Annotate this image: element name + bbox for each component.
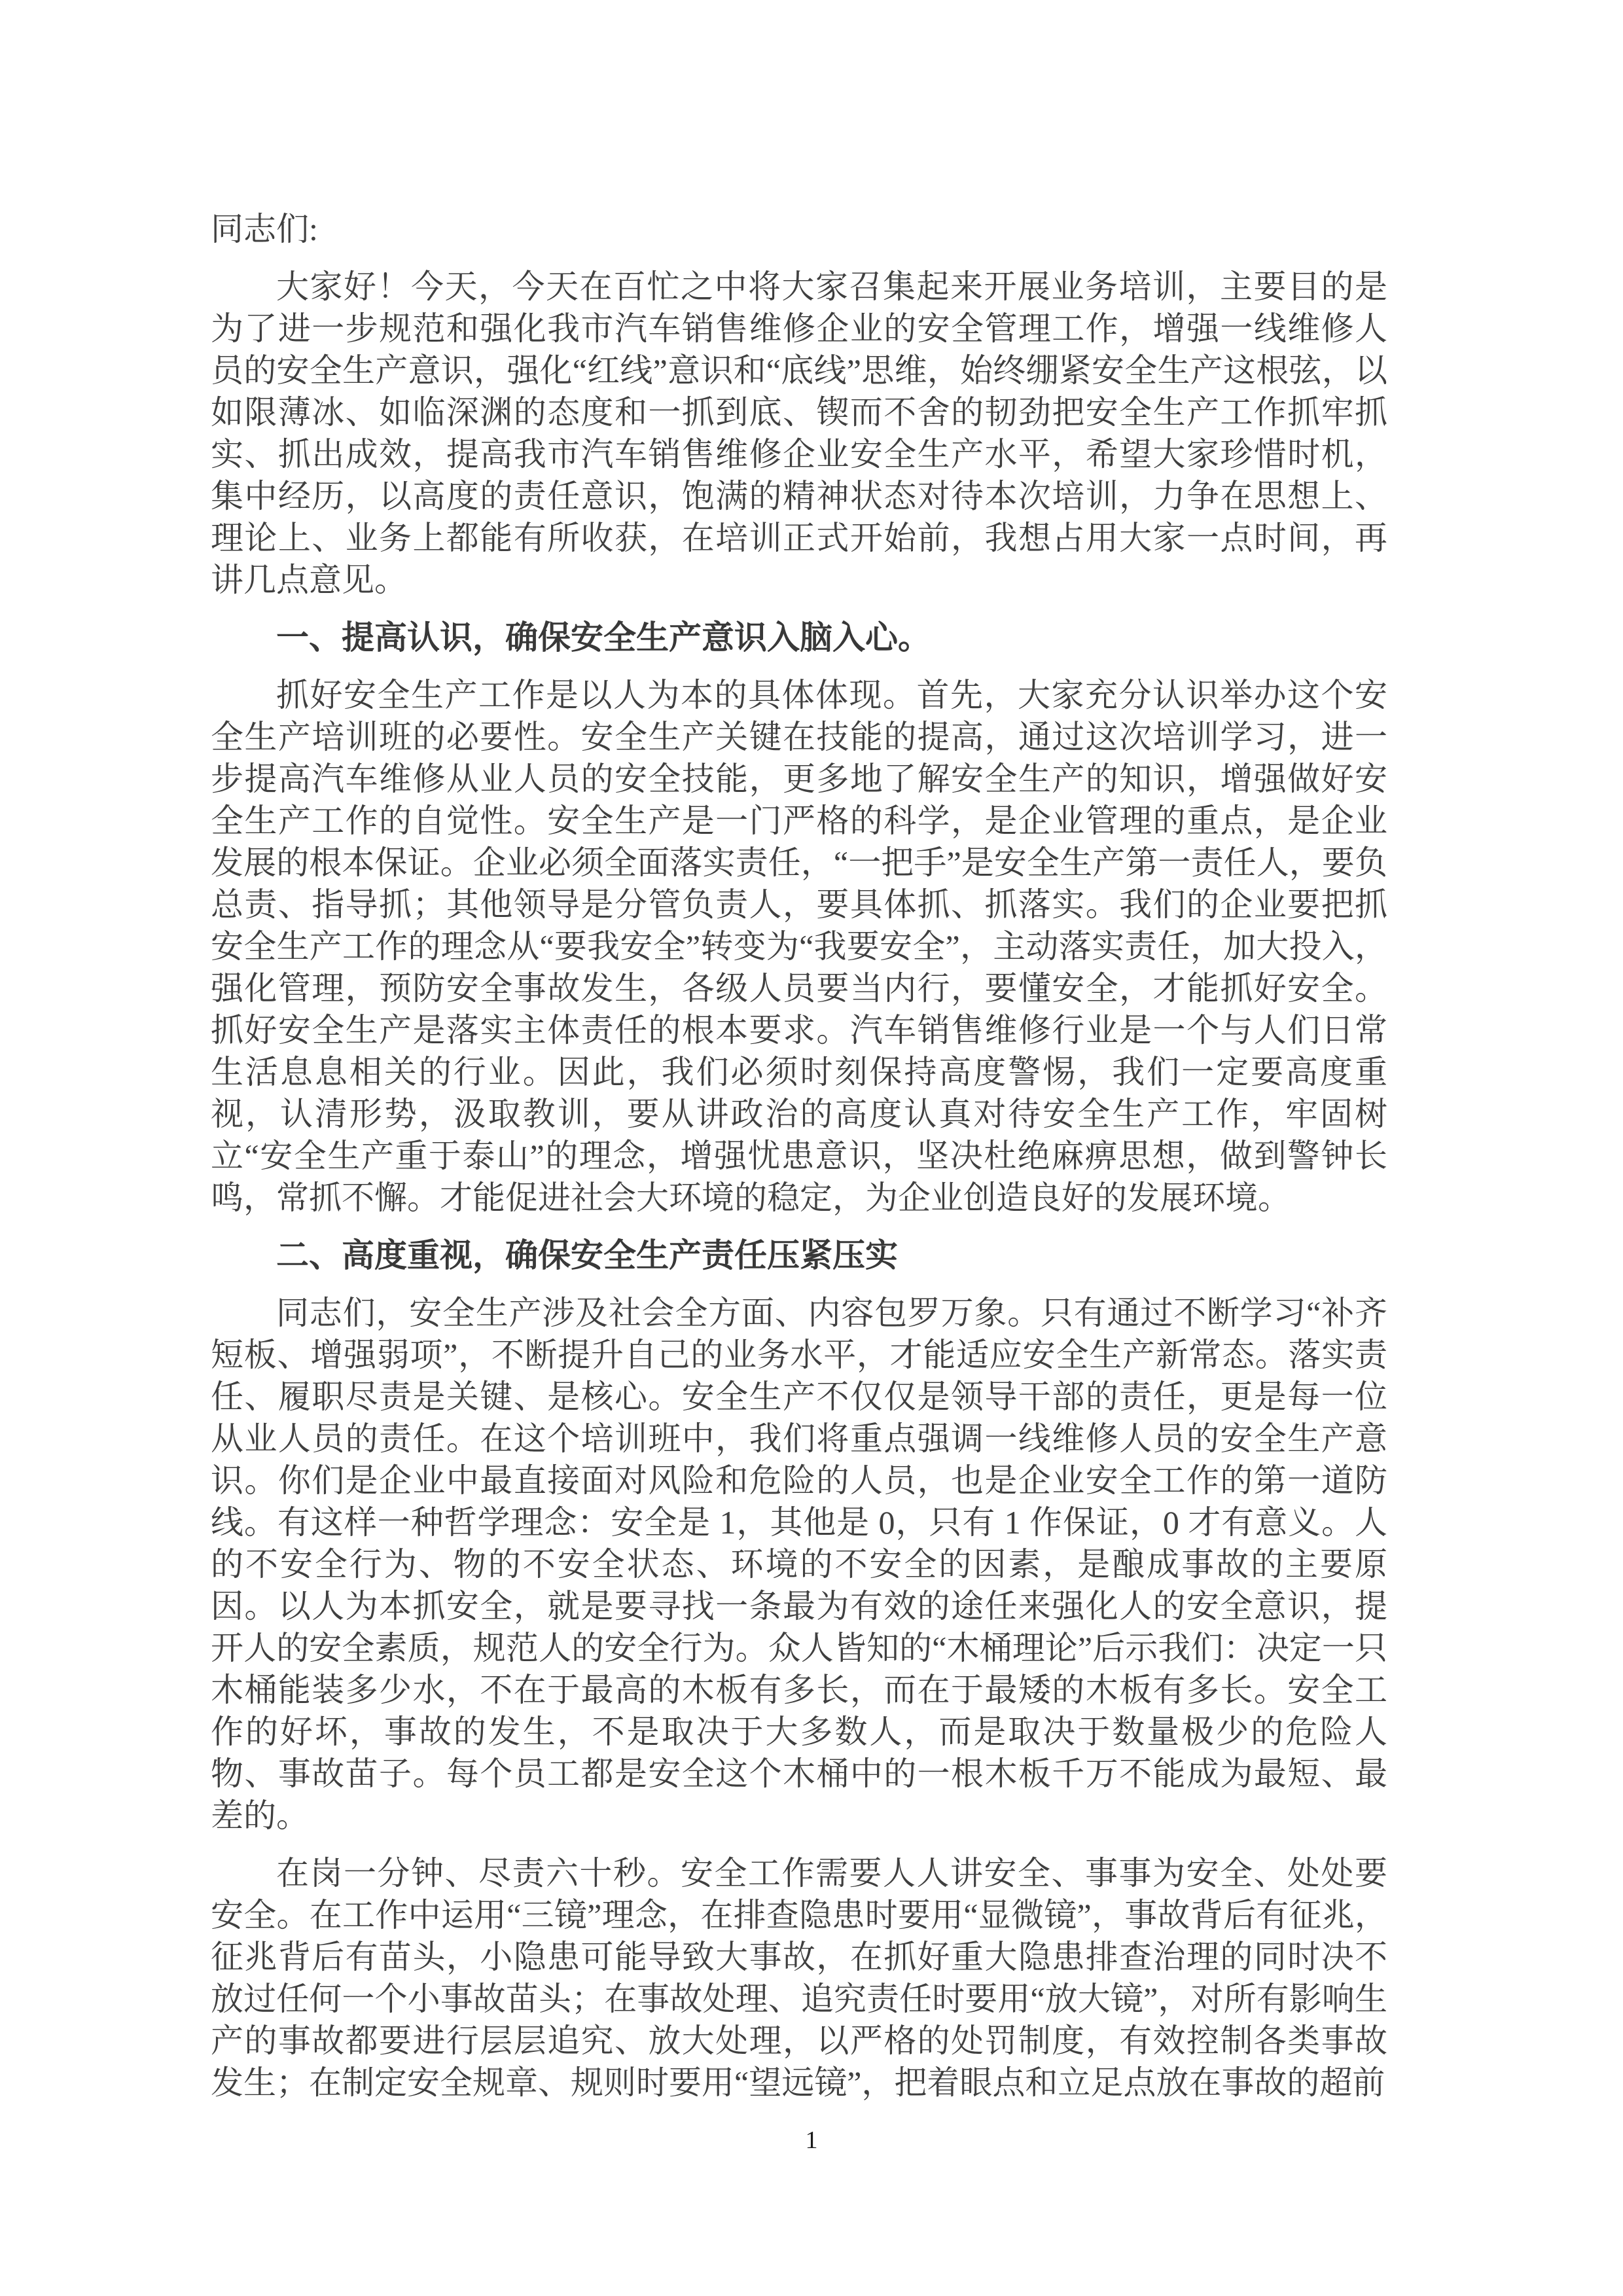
section-1-heading: 一、提高认识，确保安全生产意识入脑入心。 <box>211 617 1387 658</box>
intro-paragraph: 大家好！今天，今天在百忙之中将大家召集起来开展业务培训，主要目的是为了进一步规范… <box>211 266 1387 601</box>
section-2-paragraph-2: 在岗一分钟、尽责六十秒。安全工作需要人人讲安全、事事为安全、处处要安全。在工作中… <box>211 1852 1387 2104</box>
salutation: 同志们: <box>211 208 1387 250</box>
document-page: 同志们: 大家好！今天，今天在百忙之中将大家召集起来开展业务培训，主要目的是为了… <box>0 0 1623 2296</box>
document-body: 同志们: 大家好！今天，今天在百忙之中将大家召集起来开展业务培训，主要目的是为了… <box>211 208 1387 2119</box>
section-1-paragraph: 抓好安全生产工作是以人为本的具体体现。首先，大家充分认识举办这个安全生产培训班的… <box>211 674 1387 1219</box>
section-2-paragraph-1: 同志们，安全生产涉及社会全方面、内容包罗万象。只有通过不断学习“补齐短板、增强弱… <box>211 1292 1387 1837</box>
section-2-heading: 二、高度重视，确保安全生产责任压紧压实 <box>211 1234 1387 1276</box>
page-number: 1 <box>0 2126 1623 2155</box>
